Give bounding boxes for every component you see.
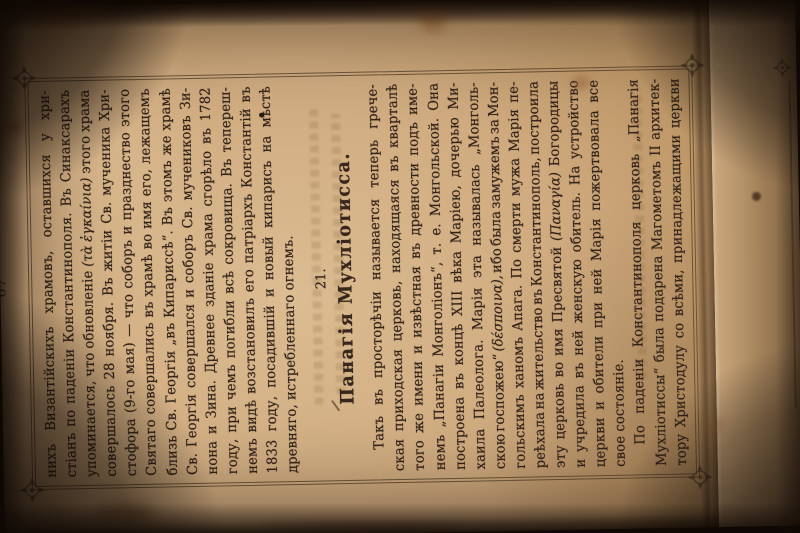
- corner-rosette-icon: [772, 57, 792, 77]
- corner-rosette-icon: [11, 65, 37, 91]
- section-number: 21.: [310, 85, 332, 473]
- page-tilt-wrapper: 67: [0, 0, 800, 533]
- text-block: нихъВизантійскихъхрамовъ,оставшихсяухри-…: [37, 78, 694, 478]
- paper-stain: [420, 12, 446, 32]
- paper-stain: [702, 418, 722, 434]
- paper-stain: [95, 505, 155, 521]
- book-photo: 67: [0, 0, 800, 533]
- paragraph-1: нихъВизантійскихъхрамовъ,оставшихсяухри-…: [37, 85, 306, 477]
- corner-rosette-icon: [19, 477, 45, 503]
- paper-stain: [752, 192, 761, 201]
- next-page-edge: [709, 0, 800, 527]
- paper-stain: [260, 522, 460, 532]
- section-title: Панагія Мухліотисса.: [332, 84, 363, 472]
- paper-stain: [8, 122, 22, 134]
- book-page: 67: [0, 0, 800, 533]
- paragraph-2: Такъвъпросторѣчіиназываетсятеперьгрече-с…: [365, 79, 634, 471]
- page-number: 67: [0, 258, 10, 298]
- paragraph-3: ПопаденіиКонстантинополяцерковь„ПанагіяМ…: [626, 78, 694, 467]
- ink-speck: [259, 113, 264, 118]
- paper-stain: [572, 76, 590, 90]
- next-page-frame-line: [789, 80, 797, 407]
- paper-stain: [360, 4, 480, 14]
